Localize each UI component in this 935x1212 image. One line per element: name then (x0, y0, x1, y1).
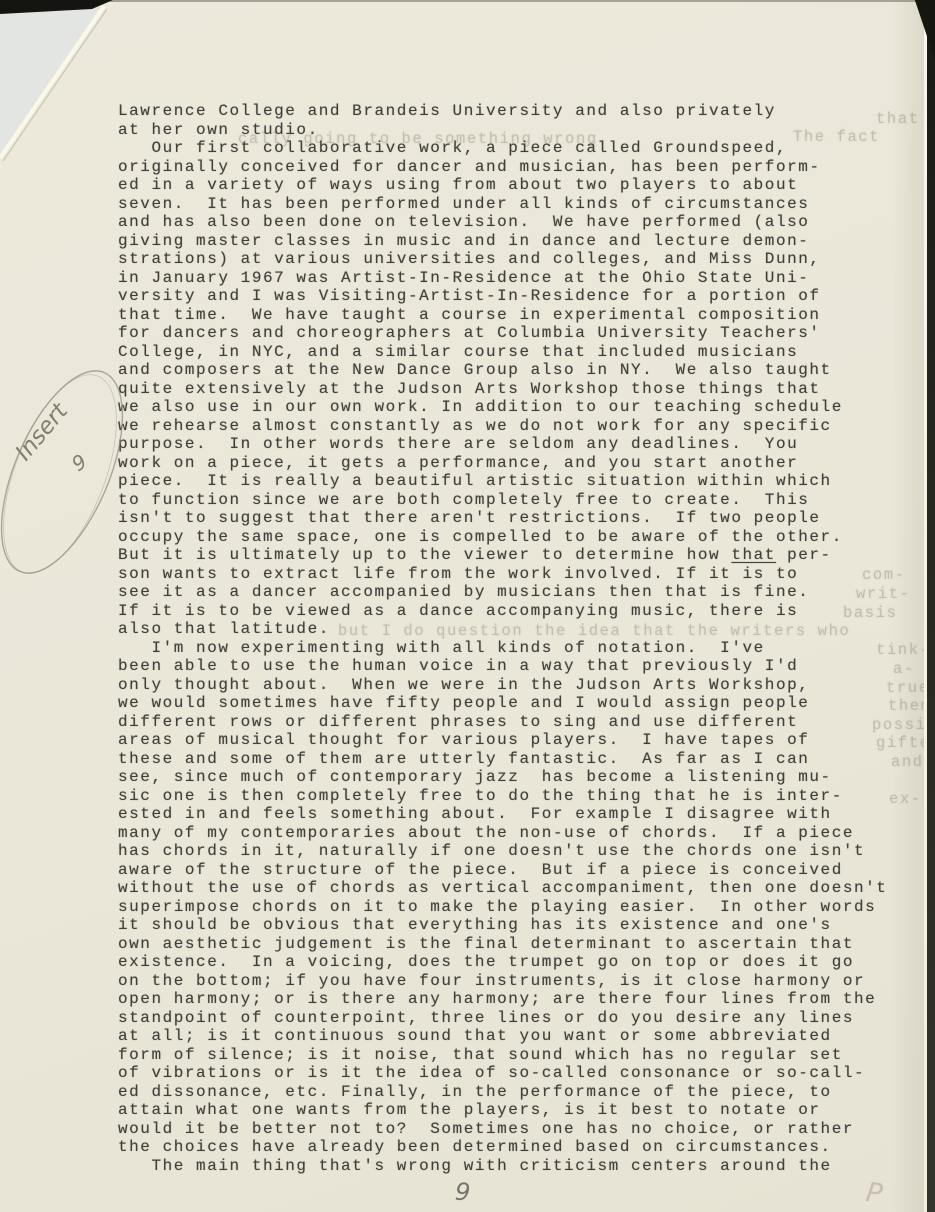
typed-line: own aesthetic judgement is the final det… (118, 935, 887, 954)
typed-line: superimpose chords on it to make the pla… (118, 898, 887, 917)
typed-line: ed in a variety of ways using from about… (118, 176, 887, 195)
typed-line: purpose. In other words there are seldom… (118, 435, 887, 454)
typed-line: has chords in it, naturally if one doesn… (118, 842, 887, 861)
typed-line: aware of the structure of the piece. But… (118, 861, 887, 880)
typed-line: to function since we are both completely… (118, 491, 887, 510)
typed-line: But it is ultimately up to the viewer to… (118, 546, 887, 565)
typed-line: The main thing that's wrong with critici… (118, 1157, 887, 1176)
insert-annotation: Insert 9 (0, 350, 140, 610)
typed-line: attain what one wants from the players, … (118, 1101, 887, 1120)
pencil-corner-mark: P (864, 1177, 884, 1210)
typed-line: the choices have already been determined… (118, 1138, 887, 1157)
typed-line: and composers at the New Dance Group als… (118, 361, 887, 380)
typed-line: that time. We have taught a course in ex… (118, 306, 887, 325)
typed-line: form of silence; is it noise, that sound… (118, 1046, 887, 1065)
typed-line: occupy the same space, one is compelled … (118, 528, 887, 547)
typed-line: in January 1967 was Artist-In-Residence … (118, 269, 887, 288)
typed-line: these and some of them are utterly fanta… (118, 750, 887, 769)
typed-line: also that latitude. (118, 620, 887, 639)
typed-line: Our first collaborative work, a piece ca… (118, 139, 887, 158)
typed-line: and has also been done on television. We… (118, 213, 887, 232)
typed-line: without the use of chords as vertical ac… (118, 879, 887, 898)
typed-line: sic one is then completely free to do th… (118, 787, 887, 806)
typed-text-block: Lawrence College and Brandeis University… (118, 102, 887, 1175)
typed-line: only thought about. When we were in the … (118, 676, 887, 695)
typed-line: of vibrations or is it the idea of so-ca… (118, 1064, 887, 1083)
pencil-circle (0, 354, 140, 590)
scan-right-edge (927, 0, 935, 1212)
typed-line: we would sometimes have fifty people and… (118, 694, 887, 713)
typed-line: different rows or different phrases to s… (118, 713, 887, 732)
typed-line: I'm now experimenting with all kinds of … (118, 639, 887, 658)
typed-line: would it be better not to? Sometimes one… (118, 1120, 887, 1139)
typed-line: ed dissonance, etc. Finally, in the perf… (118, 1083, 887, 1102)
typed-line: it should be obvious that everything has… (118, 916, 887, 935)
typed-line: see, since much of contemporary jazz has… (118, 768, 887, 787)
typed-line: Lawrence College and Brandeis University… (118, 102, 887, 121)
scanned-typewritten-page: thatcally going to be something wrong.Th… (0, 0, 935, 1212)
typed-line: quite extensively at the Judson Arts Wor… (118, 380, 887, 399)
typed-line: son wants to extract life from the work … (118, 565, 887, 584)
typed-line: work on a piece, it gets a performance, … (118, 454, 887, 473)
typed-line: for dancers and choreographers at Columb… (118, 324, 887, 343)
typed-line: we rehearse almost constantly as we do n… (118, 417, 887, 436)
typed-line: on the bottom; if you have four instrume… (118, 972, 887, 991)
typed-line: ested in and feels something about. For … (118, 805, 887, 824)
typed-line: many of my contemporaries about the non-… (118, 824, 887, 843)
typed-line: seven. It has been performed under all k… (118, 195, 887, 214)
insert-word: Insert (11, 398, 74, 466)
typed-line: standpoint of counterpoint, three lines … (118, 1009, 887, 1028)
typed-line: originally conceived for dancer and musi… (118, 158, 887, 177)
typed-line: giving master classes in music and in da… (118, 232, 887, 251)
typed-line: we also use in our own work. In addition… (118, 398, 887, 417)
typed-line: see it as a dancer accompanied by musici… (118, 583, 887, 602)
typed-line: versity and I was Visiting-Artist-In-Res… (118, 287, 887, 306)
typed-line: existence. In a voicing, does the trumpe… (118, 953, 887, 972)
typed-line: at all; is it continuous sound that you … (118, 1027, 887, 1046)
typed-line: isn't to suggest that there aren't restr… (118, 509, 887, 528)
typed-line: at her own studio. (118, 121, 887, 140)
typed-line: been able to use the human voice in a wa… (118, 657, 887, 676)
typed-line: piece. It is really a beautiful artistic… (118, 472, 887, 491)
insert-number: 9 (67, 449, 91, 476)
typed-line: College, in NYC, and a similar course th… (118, 343, 887, 362)
typed-line: strations) at various universities and c… (118, 250, 887, 269)
typed-line: If it is to be viewed as a dance accompa… (118, 602, 887, 621)
folded-corner-artifact (0, 0, 200, 200)
typed-line: open harmony; or is there any harmony; a… (118, 990, 887, 1009)
pencil-circle-retrace (0, 360, 140, 588)
page-number: 9 (454, 1178, 471, 1207)
typed-line: areas of musical thought for various pla… (118, 731, 887, 750)
page-right-shading (890, 0, 924, 1212)
